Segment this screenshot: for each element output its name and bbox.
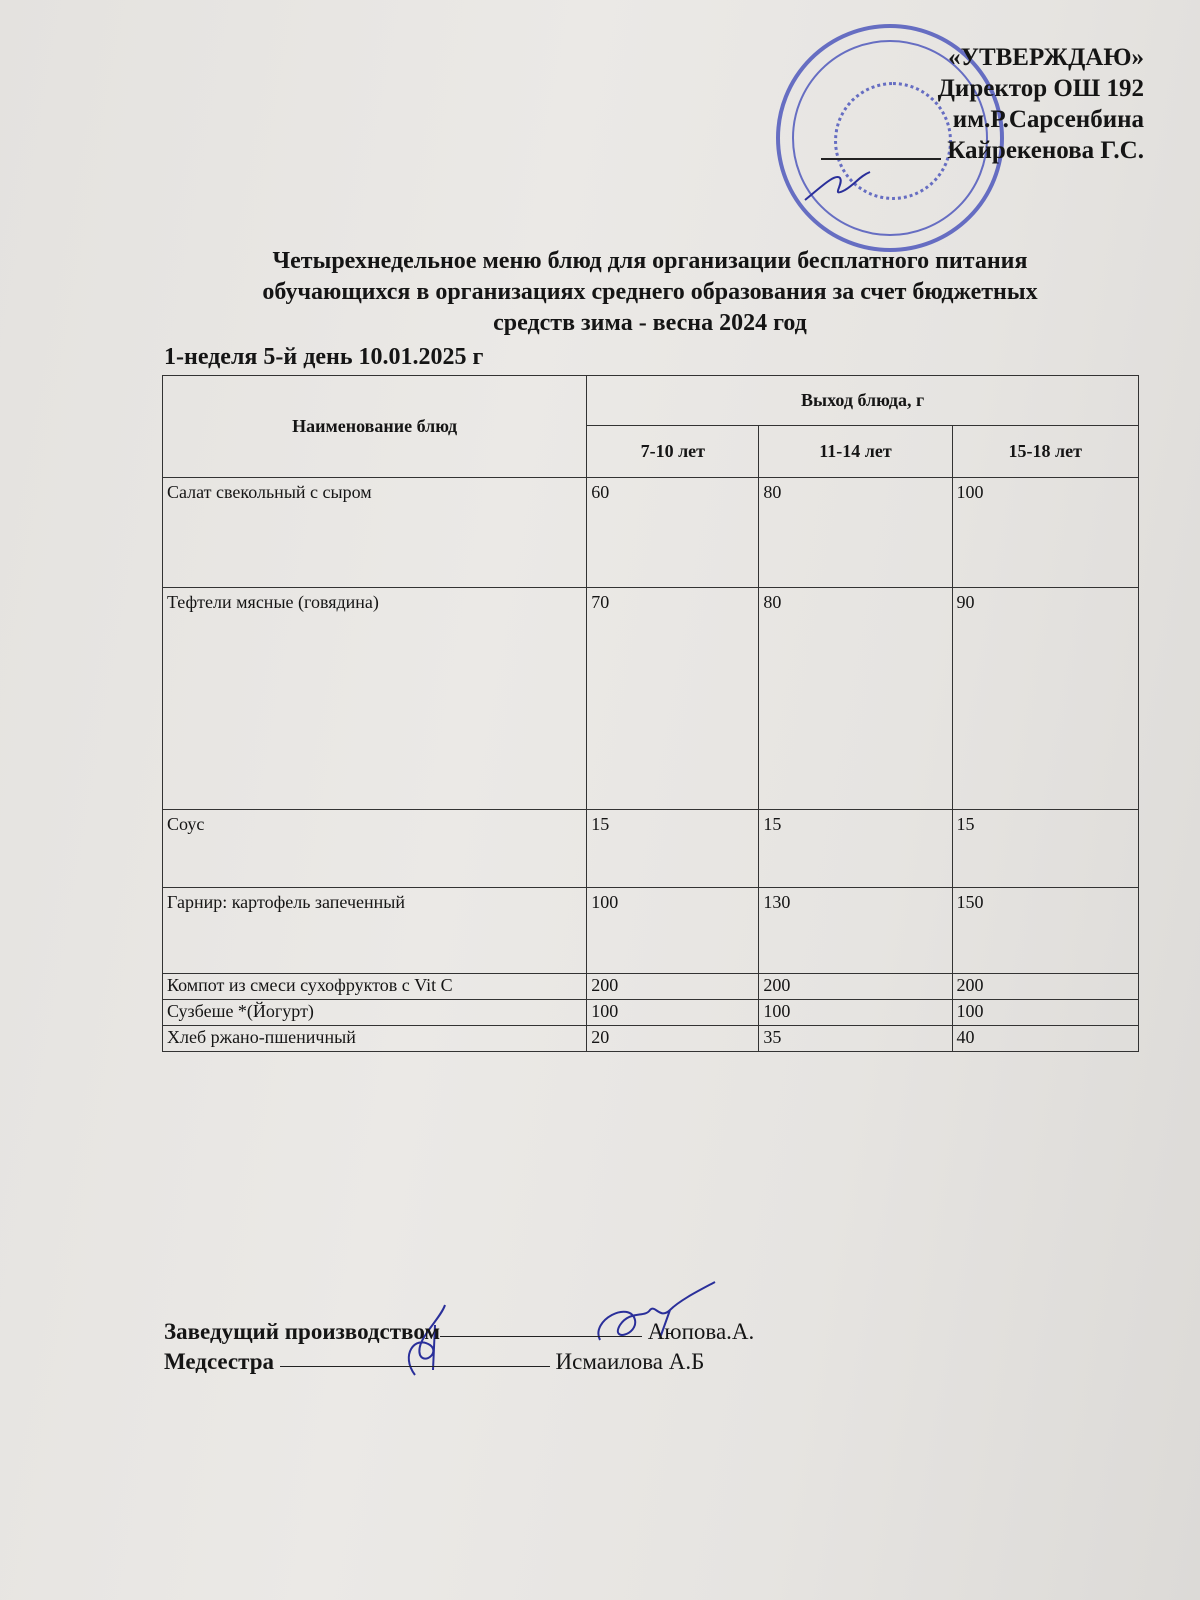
signature-line [280, 1366, 550, 1367]
production-head-signature: Заведущий производством Аюпова.А. [164, 1317, 754, 1347]
table-row: Гарнир: картофель запеченный 100 130 150 [163, 888, 1139, 974]
header-output: Выход блюда, г [587, 376, 1139, 426]
table-row: Хлеб ржано-пшеничный 20 35 40 [163, 1026, 1139, 1052]
table-row: Салат свекольный с сыром 60 80 100 [163, 478, 1139, 588]
table-row: Компот из смеси сухофруктов с Vit C 200 … [163, 974, 1139, 1000]
approval-school-name: им.Р.Сарсенбина [821, 104, 1144, 135]
director-signature-icon [800, 168, 880, 208]
approval-signatory: Кайрекенова Г.С. [821, 135, 1144, 166]
header-age-7-10: 7-10 лет [587, 426, 759, 478]
signatures-block: Заведущий производством Аюпова.А. Медсес… [164, 1317, 754, 1377]
approval-position: Директор ОШ 192 [821, 73, 1144, 104]
nurse-signature: Медсестра Исмаилова А.Б [164, 1347, 754, 1377]
table-row: Сузбеше *(Йогурт) 100 100 100 [163, 1000, 1139, 1026]
header-dish-name: Наименование блюд [163, 376, 587, 478]
header-age-15-18: 15-18 лет [952, 426, 1138, 478]
header-age-11-14: 11-14 лет [759, 426, 952, 478]
table-row: Соус 15 15 15 [163, 810, 1139, 888]
signature-line [440, 1336, 642, 1337]
table-row: Тефтели мясные (говядина) 70 80 90 [163, 588, 1139, 810]
day-label: 1-неделя 5-й день 10.01.2025 г [164, 344, 483, 371]
menu-table: Наименование блюд Выход блюда, г 7-10 ле… [162, 375, 1139, 1052]
document-title: Четырехнедельное меню блюд для организац… [160, 246, 1140, 339]
approval-heading: «УТВЕРЖДАЮ» [821, 42, 1144, 73]
signature-line [821, 158, 941, 160]
approval-block: «УТВЕРЖДАЮ» Директор ОШ 192 им.Р.Сарсенб… [821, 42, 1144, 166]
